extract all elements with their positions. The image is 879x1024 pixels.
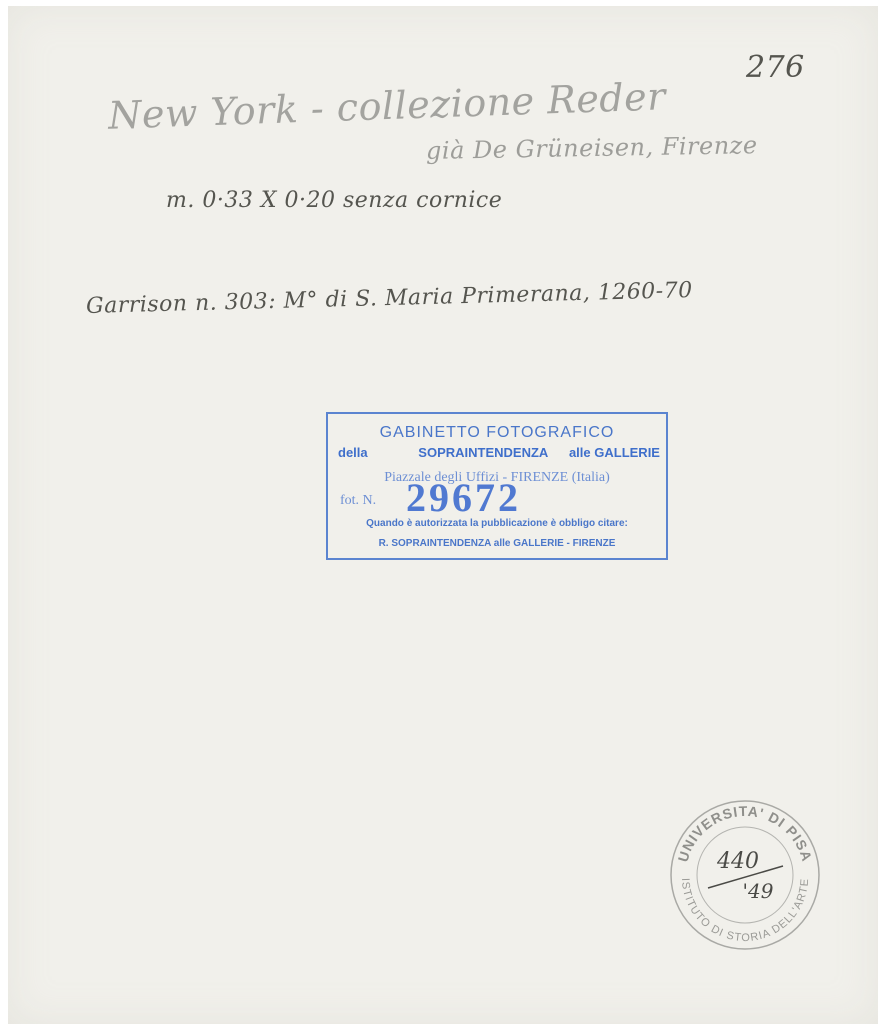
handwritten-title: New York - collezione Reder (107, 74, 666, 137)
stamp-soprintendenza: SOPRAINTENDENZA (418, 445, 548, 460)
seal-number-bottom: '49 (743, 879, 774, 903)
stamp-line-1: GABINETTO FOTOGRAFICO (328, 424, 666, 442)
stamp-della: della (338, 445, 368, 460)
stamp-gallerie: alle GALLERIE (569, 445, 660, 460)
handwritten-dimensions: m. 0·33 X 0·20 senza cornice (166, 188, 502, 213)
stamp-citation-notice: Quando è autorizzata la pubblicazione è … (328, 518, 666, 529)
university-pisa-seal: UNIVERSITA' DI PISA ISTITUTO DI STORIA D… (668, 798, 822, 952)
seal-number-top: 440 (716, 849, 759, 874)
stamp-photo-label: fot. N. (340, 493, 376, 509)
stamp-photo-number: 29672 (406, 474, 521, 521)
gabinetto-fotografico-stamp: GABINETTO FOTOGRAFICO della SOPRAINTENDE… (326, 412, 668, 560)
handwritten-provenance: già De Grüneisen, Firenze (426, 131, 758, 165)
handwritten-attribution: Garrison n. 303: M° di S. Maria Primeran… (86, 278, 693, 319)
inventory-number: 276 (746, 50, 805, 85)
stamp-credit-line: R. SOPRAINTENDENZA alle GALLERIE - FIREN… (328, 538, 666, 549)
stamp-line-2: della SOPRAINTENDENZA alle GALLERIE (338, 445, 660, 460)
